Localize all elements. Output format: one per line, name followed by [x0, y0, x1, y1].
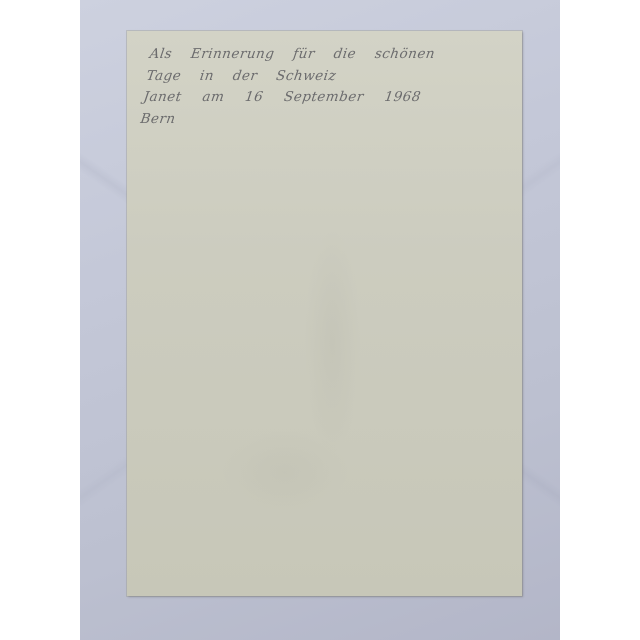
note-line-3: Janet am 16 September 1968 — [142, 87, 505, 109]
note-line-2: Tage in der Schweiz — [145, 66, 508, 88]
note-line-1: Als Erinnerung für die schönen — [148, 44, 511, 66]
handwritten-note: Als Erinnerung für die schönen Tage in d… — [139, 44, 511, 130]
note-line-4: Bern — [139, 109, 502, 131]
